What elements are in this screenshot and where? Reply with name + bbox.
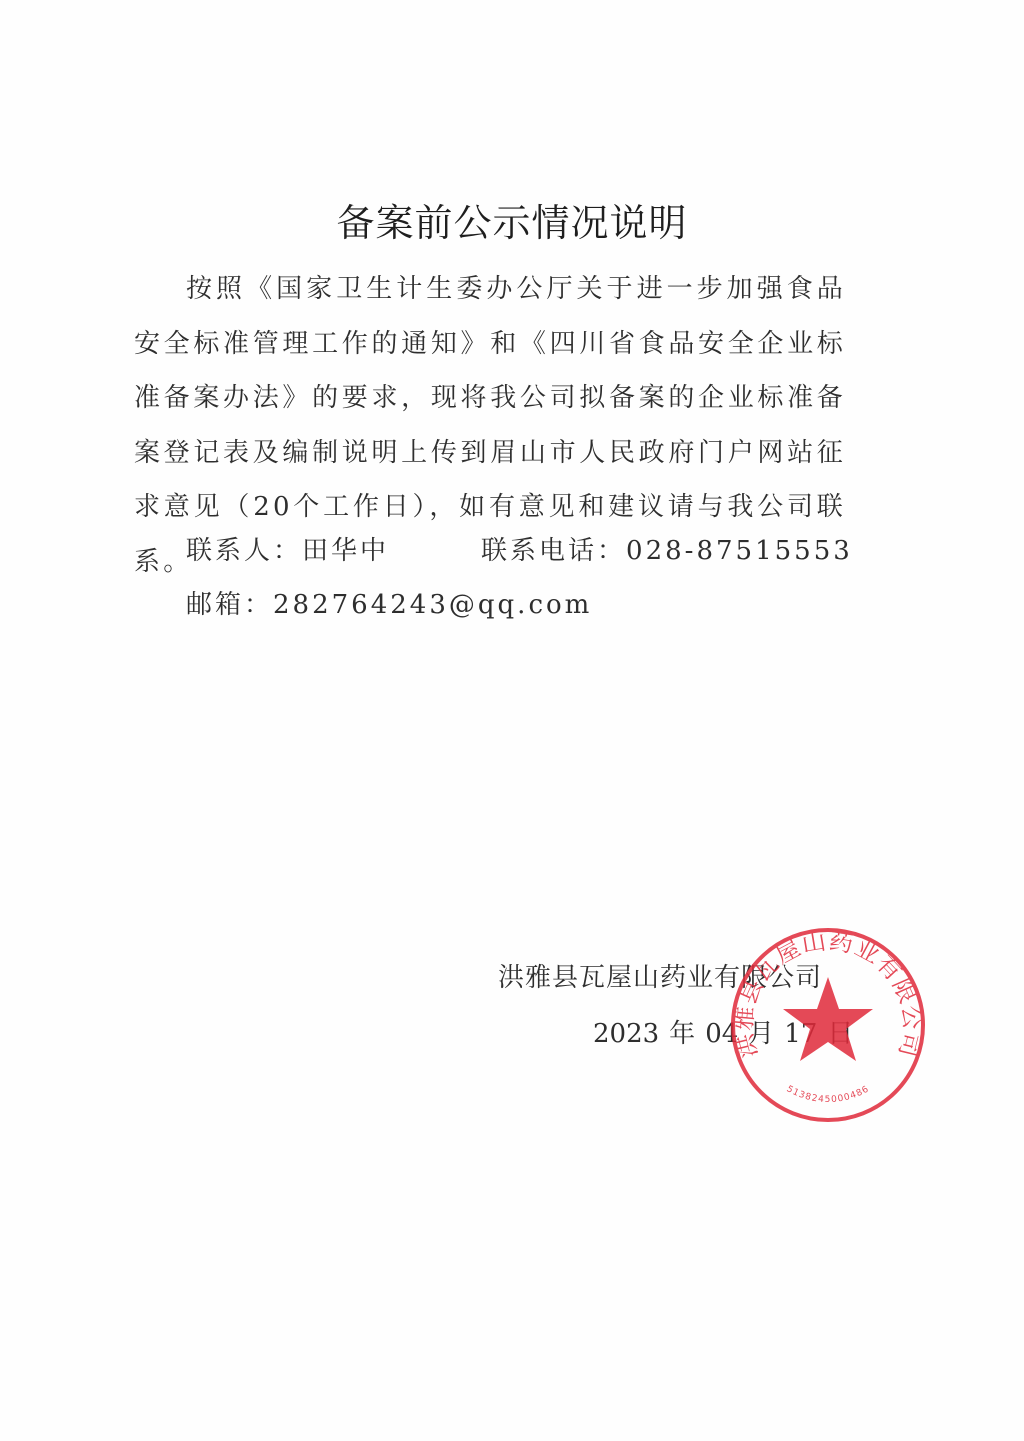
contact-person-name: 田华中 bbox=[302, 536, 389, 566]
contact-phone: 028-87515553 bbox=[626, 536, 853, 566]
company-seal-icon: 洪雅县瓦屋山药业有限公司 5138245000486 bbox=[728, 925, 928, 1125]
email-address: 282764243@qq.com bbox=[273, 590, 592, 620]
document-page: 备案前公示情况说明 按照《国家卫生计生委办公厅关于进一步加强食品安全标准管理工作… bbox=[0, 0, 1024, 1441]
contact-person-label: 联系人： bbox=[186, 536, 302, 566]
date-year-unit: 年 bbox=[669, 1019, 695, 1049]
svg-text:5138245000486: 5138245000486 bbox=[785, 1084, 872, 1105]
contact-row: 联系人：田华中联系电话：028-87515553 bbox=[186, 530, 853, 567]
contact-phone-label: 联系电话： bbox=[481, 536, 626, 566]
seal-code: 5138245000486 bbox=[785, 1084, 872, 1105]
email-label: 邮箱： bbox=[186, 590, 273, 620]
date-year: 2023 bbox=[593, 1019, 659, 1049]
document-title: 备案前公示情况说明 bbox=[0, 192, 1024, 247]
email-row: 邮箱：282764243@qq.com bbox=[186, 584, 592, 621]
